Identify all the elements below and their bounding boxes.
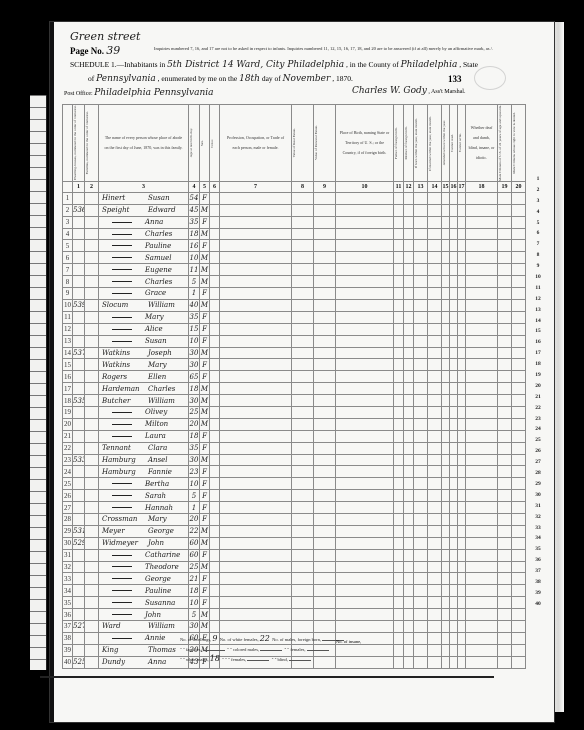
cell-col-6	[210, 513, 220, 525]
cell-col-19	[498, 252, 512, 264]
person-name: Samuel	[99, 252, 189, 264]
cell-col-14	[428, 549, 442, 561]
table-row: 25Bertha10F	[63, 478, 526, 490]
col-num-19: 19	[498, 181, 512, 192]
family-number	[85, 323, 99, 335]
cell-col-19	[498, 240, 512, 252]
family-number	[85, 311, 99, 323]
cell-col-18	[466, 418, 498, 430]
family-number	[85, 395, 99, 407]
given-name: Anna	[145, 218, 163, 226]
cell-col-14	[428, 311, 442, 323]
cell-col-18	[466, 585, 498, 597]
cell-col-14	[428, 347, 442, 359]
given-name: Grace	[145, 289, 166, 297]
cell-col-11	[394, 228, 404, 240]
cell-col-7	[220, 490, 292, 502]
cell-col-19	[498, 216, 512, 228]
cell-col-8	[292, 513, 314, 525]
cell-col-13	[414, 276, 428, 288]
cell-col-13	[414, 525, 428, 537]
dwelling-number	[73, 644, 85, 656]
cell-col-19	[498, 585, 512, 597]
dwelling-number: 529	[73, 537, 85, 549]
right-line-number: 3	[526, 196, 550, 207]
table-row: 23533HamburgAnsel30M	[63, 454, 526, 466]
cell-col-15	[442, 335, 450, 347]
cell-col-19	[498, 311, 512, 323]
instructions-note: Inquiries numbered 7, 16, and 17 are not…	[154, 46, 544, 52]
cell-col-17	[458, 216, 466, 228]
col-6-header: Color.	[210, 105, 220, 182]
person-name: Olivey	[99, 406, 189, 418]
cell-col-11	[394, 406, 404, 418]
cell-col-16	[450, 561, 458, 573]
age: 23	[189, 466, 200, 478]
table-row: 5Pauline16F	[63, 240, 526, 252]
line-number: 1	[63, 192, 73, 204]
right-line-number: 23	[526, 414, 550, 425]
cell-col-20	[512, 502, 526, 514]
line-number: 21	[63, 430, 73, 442]
cell-col-6	[210, 383, 220, 395]
col-2-header: Families, numbered in the order of visit…	[85, 105, 99, 182]
cell-col-7	[220, 525, 292, 537]
table-row: 24HamburgFannie23F	[63, 466, 526, 478]
cell-col-10	[336, 442, 394, 454]
cell-col-8	[292, 502, 314, 514]
cell-col-9	[314, 442, 336, 454]
cell-col-20	[512, 525, 526, 537]
col-num-9: 9	[314, 181, 336, 192]
dwelling-number	[73, 597, 85, 609]
cell-col-12	[404, 383, 414, 395]
cell-col-6	[210, 347, 220, 359]
cell-col-15	[442, 620, 450, 632]
col-num-17: 17	[458, 181, 466, 192]
cell-col-17	[458, 573, 466, 585]
cell-col-19	[498, 454, 512, 466]
cell-col-7	[220, 311, 292, 323]
line-number: 2	[63, 204, 73, 216]
cell-col-8	[292, 347, 314, 359]
cell-col-17	[458, 383, 466, 395]
person-name: Milton	[99, 418, 189, 430]
line-number: 3	[63, 216, 73, 228]
cell-col-13	[414, 478, 428, 490]
cell-col-11	[394, 478, 404, 490]
cell-col-10	[336, 228, 394, 240]
sex: M	[200, 418, 210, 430]
person-name: Annie	[99, 632, 189, 644]
given-name: George	[148, 527, 174, 535]
cell-col-11	[394, 513, 404, 525]
cell-col-11	[394, 371, 404, 383]
sex: F	[200, 597, 210, 609]
cell-col-19	[498, 537, 512, 549]
cell-col-10	[336, 276, 394, 288]
cell-col-11	[394, 288, 404, 300]
cell-col-13	[414, 240, 428, 252]
surname: Crossman	[102, 514, 148, 524]
cell-col-8	[292, 228, 314, 240]
cell-col-10	[336, 347, 394, 359]
cell-col-20	[512, 549, 526, 561]
cell-col-14	[428, 573, 442, 585]
person-name: George	[99, 573, 189, 585]
cell-col-17	[458, 395, 466, 407]
cell-col-14	[428, 525, 442, 537]
age: 18	[189, 585, 200, 597]
cell-col-16	[450, 276, 458, 288]
cell-col-13	[414, 216, 428, 228]
right-line-number: 32	[526, 512, 550, 523]
cell-col-10	[336, 252, 394, 264]
age: 20	[189, 513, 200, 525]
right-line-number: 5	[526, 218, 550, 229]
cell-col-19	[498, 228, 512, 240]
cell-col-7	[220, 240, 292, 252]
cell-col-10	[336, 537, 394, 549]
cell-col-10	[336, 216, 394, 228]
age: 40	[189, 299, 200, 311]
table-row: 12Alice15F	[63, 323, 526, 335]
cell-col-17	[458, 466, 466, 478]
cell-col-16	[450, 597, 458, 609]
cell-col-7	[220, 609, 292, 621]
cell-col-19	[498, 609, 512, 621]
cell-col-6	[210, 264, 220, 276]
family-number	[85, 466, 99, 478]
col-10-header: Place of Birth, naming State or Territor…	[336, 105, 394, 182]
cell-col-18	[466, 299, 498, 311]
age: 20	[189, 418, 200, 430]
cell-col-9	[314, 311, 336, 323]
cell-col-12	[404, 406, 414, 418]
cell-col-17	[458, 513, 466, 525]
cell-col-14	[428, 513, 442, 525]
table-row: 27Hannah1F	[63, 502, 526, 514]
family-number	[85, 418, 99, 430]
sex: F	[200, 549, 210, 561]
sex: M	[200, 395, 210, 407]
cell-col-18	[466, 204, 498, 216]
census-page: Green street Page No. 39 Inquiries numbe…	[50, 22, 554, 722]
col-num-6: 6	[210, 181, 220, 192]
cell-col-10	[336, 561, 394, 573]
person-name: Catharine	[99, 549, 189, 561]
cell-col-10	[336, 525, 394, 537]
line-number: 12	[63, 323, 73, 335]
table-row: 14537WatkinsJoseph30M	[63, 347, 526, 359]
age: 25	[189, 406, 200, 418]
ditto-mark	[112, 638, 132, 639]
cell-col-17	[458, 418, 466, 430]
cell-col-18	[466, 216, 498, 228]
ditto-mark	[112, 578, 132, 579]
sex: F	[200, 311, 210, 323]
cell-col-12	[404, 228, 414, 240]
cell-col-12	[404, 264, 414, 276]
cell-col-12	[404, 513, 414, 525]
line-number: 4	[63, 228, 73, 240]
right-line-number: 20	[526, 381, 550, 392]
right-line-number: 39	[526, 588, 550, 599]
cell-col-20	[512, 359, 526, 371]
given-name: Ansel	[148, 456, 168, 464]
dwellings-count: 9	[212, 634, 217, 643]
family-number	[85, 430, 99, 442]
sex: M	[200, 264, 210, 276]
age: 30	[189, 359, 200, 371]
cell-col-6	[210, 371, 220, 383]
family-number	[85, 609, 99, 621]
cell-col-12	[404, 347, 414, 359]
cell-col-7	[220, 478, 292, 490]
cell-col-7	[220, 418, 292, 430]
line-number: 6	[63, 252, 73, 264]
person-name: HamburgFannie	[99, 466, 189, 478]
cell-col-10	[336, 406, 394, 418]
cell-col-6	[210, 466, 220, 478]
cell-col-11	[394, 597, 404, 609]
family-number	[85, 620, 99, 632]
right-line-number: 34	[526, 533, 550, 544]
cell-col-6	[210, 204, 220, 216]
sex: F	[200, 585, 210, 597]
cell-col-6	[210, 430, 220, 442]
cell-col-8	[292, 311, 314, 323]
cell-col-8	[292, 466, 314, 478]
age: 30	[189, 620, 200, 632]
person-name: Pauline	[99, 240, 189, 252]
table-row: 18535ButcherWilliam30M	[63, 395, 526, 407]
cell-col-15	[442, 323, 450, 335]
cell-col-7	[220, 406, 292, 418]
sex: M	[200, 252, 210, 264]
cell-col-10	[336, 192, 394, 204]
line-number: 39	[63, 644, 73, 656]
cell-col-18	[466, 466, 498, 478]
cell-col-12	[404, 311, 414, 323]
dwelling-number	[73, 478, 85, 490]
cell-col-19	[498, 395, 512, 407]
cell-col-7	[220, 276, 292, 288]
cell-col-20	[512, 573, 526, 585]
cell-col-13	[414, 513, 428, 525]
cell-col-12	[404, 620, 414, 632]
cell-col-16	[450, 490, 458, 502]
cell-col-13	[414, 597, 428, 609]
cell-col-13	[414, 620, 428, 632]
age: 5	[189, 490, 200, 502]
dwelling-number	[73, 252, 85, 264]
line-number: 28	[63, 513, 73, 525]
cell-col-19	[498, 383, 512, 395]
cell-col-11	[394, 335, 404, 347]
line-number: 11	[63, 311, 73, 323]
cell-col-11	[394, 204, 404, 216]
cell-col-12	[404, 502, 414, 514]
given-name: Pauline	[145, 587, 171, 595]
cell-col-6	[210, 418, 220, 430]
cell-col-6	[210, 573, 220, 585]
stamped-number: 133	[448, 74, 462, 84]
age: 30	[189, 347, 200, 359]
cell-col-7	[220, 216, 292, 228]
cell-col-19	[498, 192, 512, 204]
table-row: 26Sarah5F	[63, 490, 526, 502]
cell-col-8	[292, 216, 314, 228]
sex: F	[200, 513, 210, 525]
cell-col-20	[512, 466, 526, 478]
right-line-number: 11	[526, 283, 550, 294]
age: 25	[189, 561, 200, 573]
cell-col-11	[394, 525, 404, 537]
sex: F	[200, 335, 210, 347]
line-number: 37	[63, 620, 73, 632]
cell-col-13	[414, 311, 428, 323]
page-summary: No. of dwellings, 9 No. of white females…	[180, 634, 450, 664]
cell-col-9	[314, 454, 336, 466]
family-number	[85, 502, 99, 514]
line-number: 25	[63, 478, 73, 490]
cell-col-13	[414, 406, 428, 418]
col-18-header: Whether deaf and dumb, blind, insane, or…	[466, 105, 498, 182]
sex: F	[200, 430, 210, 442]
family-number	[85, 383, 99, 395]
cell-col-15	[442, 383, 450, 395]
cell-col-15	[442, 204, 450, 216]
cell-col-19	[498, 466, 512, 478]
cell-col-17	[458, 549, 466, 561]
right-line-numbers: 1234567891011121314151617181920212223242…	[526, 174, 550, 610]
table-row: 10539SlocumWilliam40M	[63, 299, 526, 311]
cell-col-20	[512, 264, 526, 276]
ditto-mark	[112, 293, 132, 294]
cell-col-16	[450, 311, 458, 323]
cell-col-9	[314, 216, 336, 228]
cell-col-15	[442, 288, 450, 300]
age: 18	[189, 228, 200, 240]
cell-col-16	[450, 502, 458, 514]
cell-col-12	[404, 442, 414, 454]
age: 15	[189, 323, 200, 335]
cell-col-16	[450, 406, 458, 418]
table-row: 29531MeyerGeorge22M	[63, 525, 526, 537]
cell-col-10	[336, 395, 394, 407]
right-line-number: 9	[526, 261, 550, 272]
cell-col-18	[466, 383, 498, 395]
cell-col-11	[394, 252, 404, 264]
cell-col-6	[210, 537, 220, 549]
surname: Watkins	[102, 348, 148, 358]
cell-col-20	[512, 371, 526, 383]
cell-col-14	[428, 383, 442, 395]
cell-col-16	[450, 347, 458, 359]
cell-col-15	[442, 597, 450, 609]
cell-col-16	[450, 228, 458, 240]
person-name: Charles	[99, 228, 189, 240]
cell-col-17	[458, 502, 466, 514]
cell-col-10	[336, 513, 394, 525]
dwelling-number	[73, 513, 85, 525]
cell-col-9	[314, 276, 336, 288]
right-line-number: 6	[526, 228, 550, 239]
cell-col-20	[512, 537, 526, 549]
cell-col-17	[458, 537, 466, 549]
age: 10	[189, 478, 200, 490]
cell-col-20	[512, 454, 526, 466]
ditto-mark	[112, 614, 132, 615]
cell-col-16	[450, 632, 458, 644]
cell-col-18	[466, 430, 498, 442]
cell-col-13	[414, 228, 428, 240]
family-number	[85, 561, 99, 573]
cell-col-7	[220, 359, 292, 371]
col-num-4: 4	[189, 181, 200, 192]
dwelling-number	[73, 383, 85, 395]
cell-col-13	[414, 537, 428, 549]
sex: F	[200, 371, 210, 383]
county: Philadelphia	[401, 60, 458, 70]
cell-col-14	[428, 418, 442, 430]
cell-col-14	[428, 204, 442, 216]
table-row: 21Laura18F	[63, 430, 526, 442]
age: 11	[189, 264, 200, 276]
cell-col-17	[458, 192, 466, 204]
dwelling-number: 535	[73, 395, 85, 407]
page-number: Page No. 39	[70, 44, 120, 57]
dwelling-number	[73, 359, 85, 371]
cell-col-10	[336, 585, 394, 597]
cell-col-10	[336, 335, 394, 347]
cell-col-9	[314, 323, 336, 335]
cell-col-6	[210, 406, 220, 418]
cell-col-7	[220, 442, 292, 454]
cell-col-10	[336, 502, 394, 514]
given-name: Charles	[145, 230, 172, 238]
cell-col-8	[292, 620, 314, 632]
cell-col-13	[414, 299, 428, 311]
sex: F	[200, 502, 210, 514]
surname: Watkins	[102, 360, 148, 370]
cell-col-15	[442, 359, 450, 371]
sex: F	[200, 466, 210, 478]
marshal-signature: Charles W. Gody , Ass't Marshal.	[352, 86, 465, 96]
cell-col-14	[428, 585, 442, 597]
right-line-number: 7	[526, 239, 550, 250]
cell-col-11	[394, 418, 404, 430]
cell-col-18	[466, 276, 498, 288]
age: 10	[189, 597, 200, 609]
cell-col-7	[220, 573, 292, 585]
family-number	[85, 228, 99, 240]
cell-col-14	[428, 454, 442, 466]
cell-col-16	[450, 216, 458, 228]
cell-col-19	[498, 264, 512, 276]
cell-col-11	[394, 347, 404, 359]
dwelling-number	[73, 609, 85, 621]
family-number	[85, 537, 99, 549]
cell-col-9	[314, 418, 336, 430]
given-name: Clara	[148, 444, 167, 452]
dwelling-number	[73, 192, 85, 204]
col-num-18: 18	[466, 181, 498, 192]
cell-col-17	[458, 359, 466, 371]
cell-col-10	[336, 490, 394, 502]
cell-col-8	[292, 406, 314, 418]
